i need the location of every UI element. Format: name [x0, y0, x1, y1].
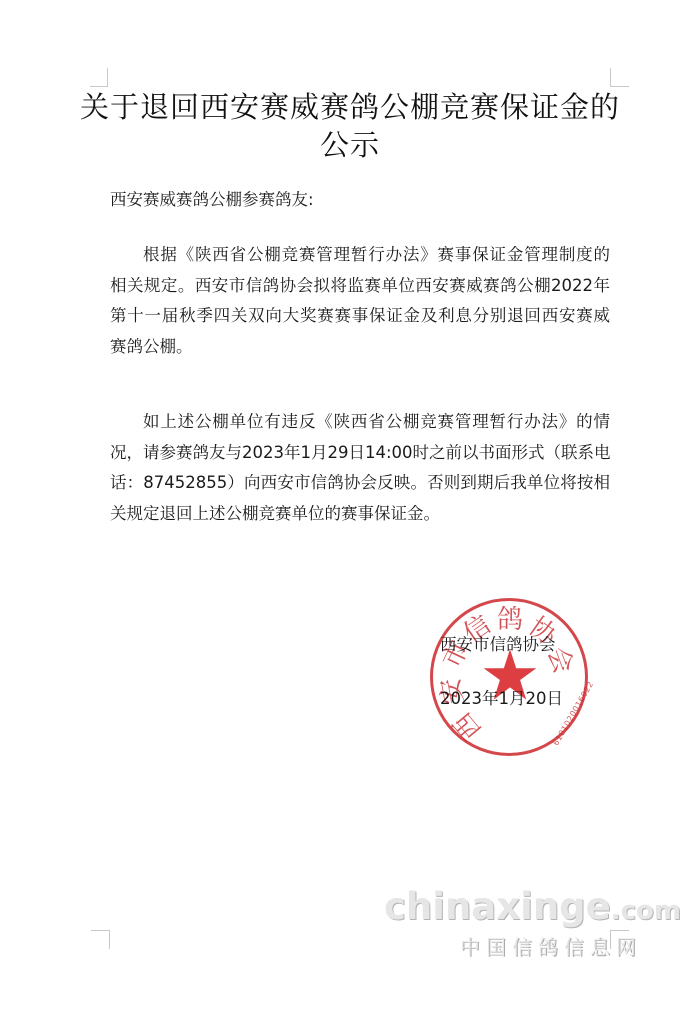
paragraph-2-line: 如上述公棚单位有违反《陕西省公棚竞赛管理暂行办法》的情	[110, 407, 610, 438]
page-corner-mark-top-left	[90, 68, 108, 87]
watermark-site-chinese: 中国信鸽信息网	[460, 931, 642, 960]
paragraph-1-line: 相关规定。西安市信鸽协会拟将监赛单位西安赛威赛鸽公棚2022年	[110, 271, 610, 302]
paragraph-2-line: 关规定退回上述公棚竞赛单位的赛事保证金。	[110, 499, 610, 530]
paragraph-1: 根据《陕西省公棚竞赛管理暂行办法》赛事保证金管理制度的 相关规定。西安市信鸽协会…	[110, 240, 610, 362]
signature-organization: 西安市信鸽协会	[440, 633, 556, 657]
document-title-line-2: 公示	[0, 126, 700, 164]
paragraph-2-line: 况，请参赛鸽友与2023年1月29日14:00时之前以书面形式（联系电	[110, 438, 610, 469]
paragraph-1-line: 根据《陕西省公棚竞赛管理暂行办法》赛事保证金管理制度的	[110, 240, 610, 271]
paragraph-2-line: 话：87452855）向西安市信鸽协会反映。否则到期后我单位将按相	[110, 468, 610, 499]
page-corner-mark-bottom-left	[91, 930, 110, 949]
salutation: 西安赛威赛鸽公棚参赛鸽友:	[110, 188, 314, 212]
stamp-char: 鸽	[497, 599, 523, 636]
paragraph-1-line: 赛鸽公棚。	[110, 332, 610, 363]
watermark-site-name: chinaxinge.com	[384, 885, 681, 928]
watermark-site-suffix: .com	[611, 896, 681, 926]
page-corner-mark-top-right	[610, 68, 629, 87]
paragraph-2: 如上述公棚单位有违反《陕西省公棚竞赛管理暂行办法》的情 况，请参赛鸽友与2023…	[110, 407, 610, 529]
official-seal-stamp: 西 安 市 信 鸽 协 会 6101020016022	[430, 598, 588, 756]
signature-date: 2023年1月20日	[440, 687, 563, 711]
watermark-site-main: chinaxinge	[384, 885, 611, 928]
paragraph-1-line: 第十一届秋季四关双向大奖赛赛事保证金及利息分别退回西安赛威	[110, 301, 610, 332]
document-title-line-1: 关于退回西安赛威赛鸽公棚竞赛保证金的	[0, 88, 700, 126]
stamp-char: 西	[443, 706, 488, 750]
